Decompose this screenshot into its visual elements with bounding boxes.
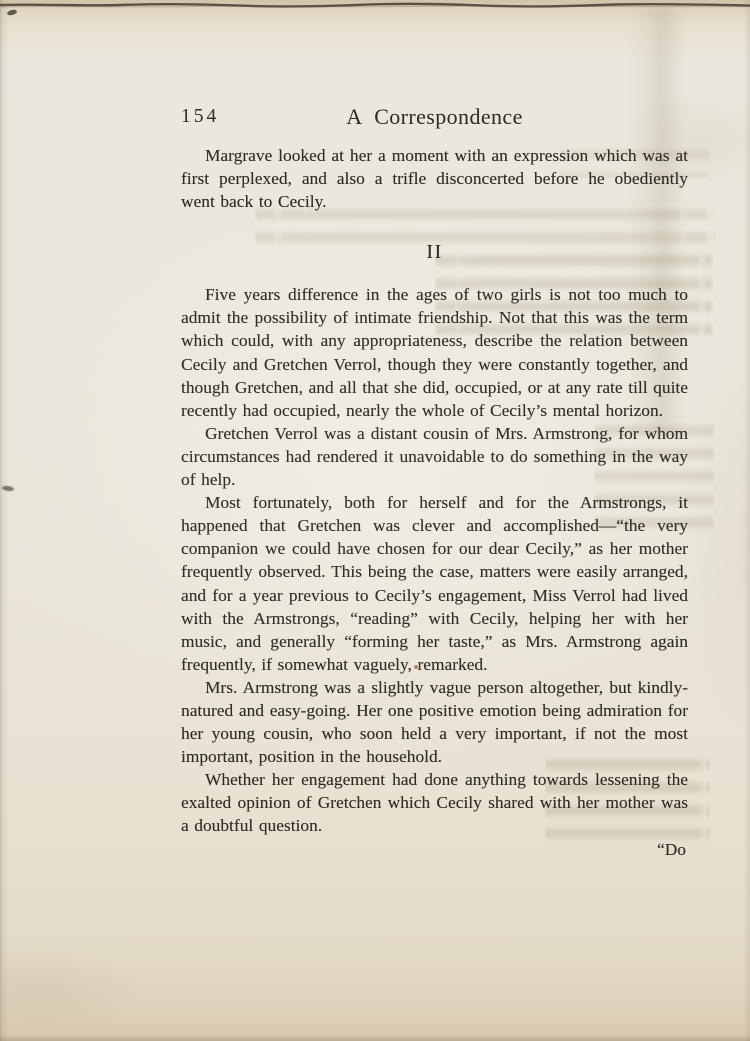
section-heading: II <box>181 240 688 264</box>
catchword: “Do <box>181 838 688 861</box>
ink-speck <box>7 9 18 16</box>
paragraph-1: Margrave looked at her a moment with an … <box>181 144 688 213</box>
paragraph-2: Five years difference in the ages of two… <box>181 283 688 422</box>
paragraph-4: Most fortunately, both for herself and f… <box>181 491 688 676</box>
ink-speck <box>2 485 15 492</box>
running-title: A Correspondence <box>346 104 523 130</box>
page-header: 154 A Correspondence <box>181 104 688 131</box>
page-number: 154 <box>181 106 219 128</box>
page-top-edge <box>0 0 750 14</box>
paragraph-3: Gretchen Verrol was a distant cousin of … <box>181 422 688 491</box>
paragraph-6: Whether her engagement had done anything… <box>181 768 688 837</box>
paragraph-5: Mrs. Armstrong was a slightly vague pers… <box>181 676 688 768</box>
scanned-book-page: 154 A Correspondence Margrave looked at … <box>0 0 750 1041</box>
page-content: 154 A Correspondence Margrave looked at … <box>181 104 688 861</box>
body-text: Margrave looked at her a moment with an … <box>181 144 688 861</box>
